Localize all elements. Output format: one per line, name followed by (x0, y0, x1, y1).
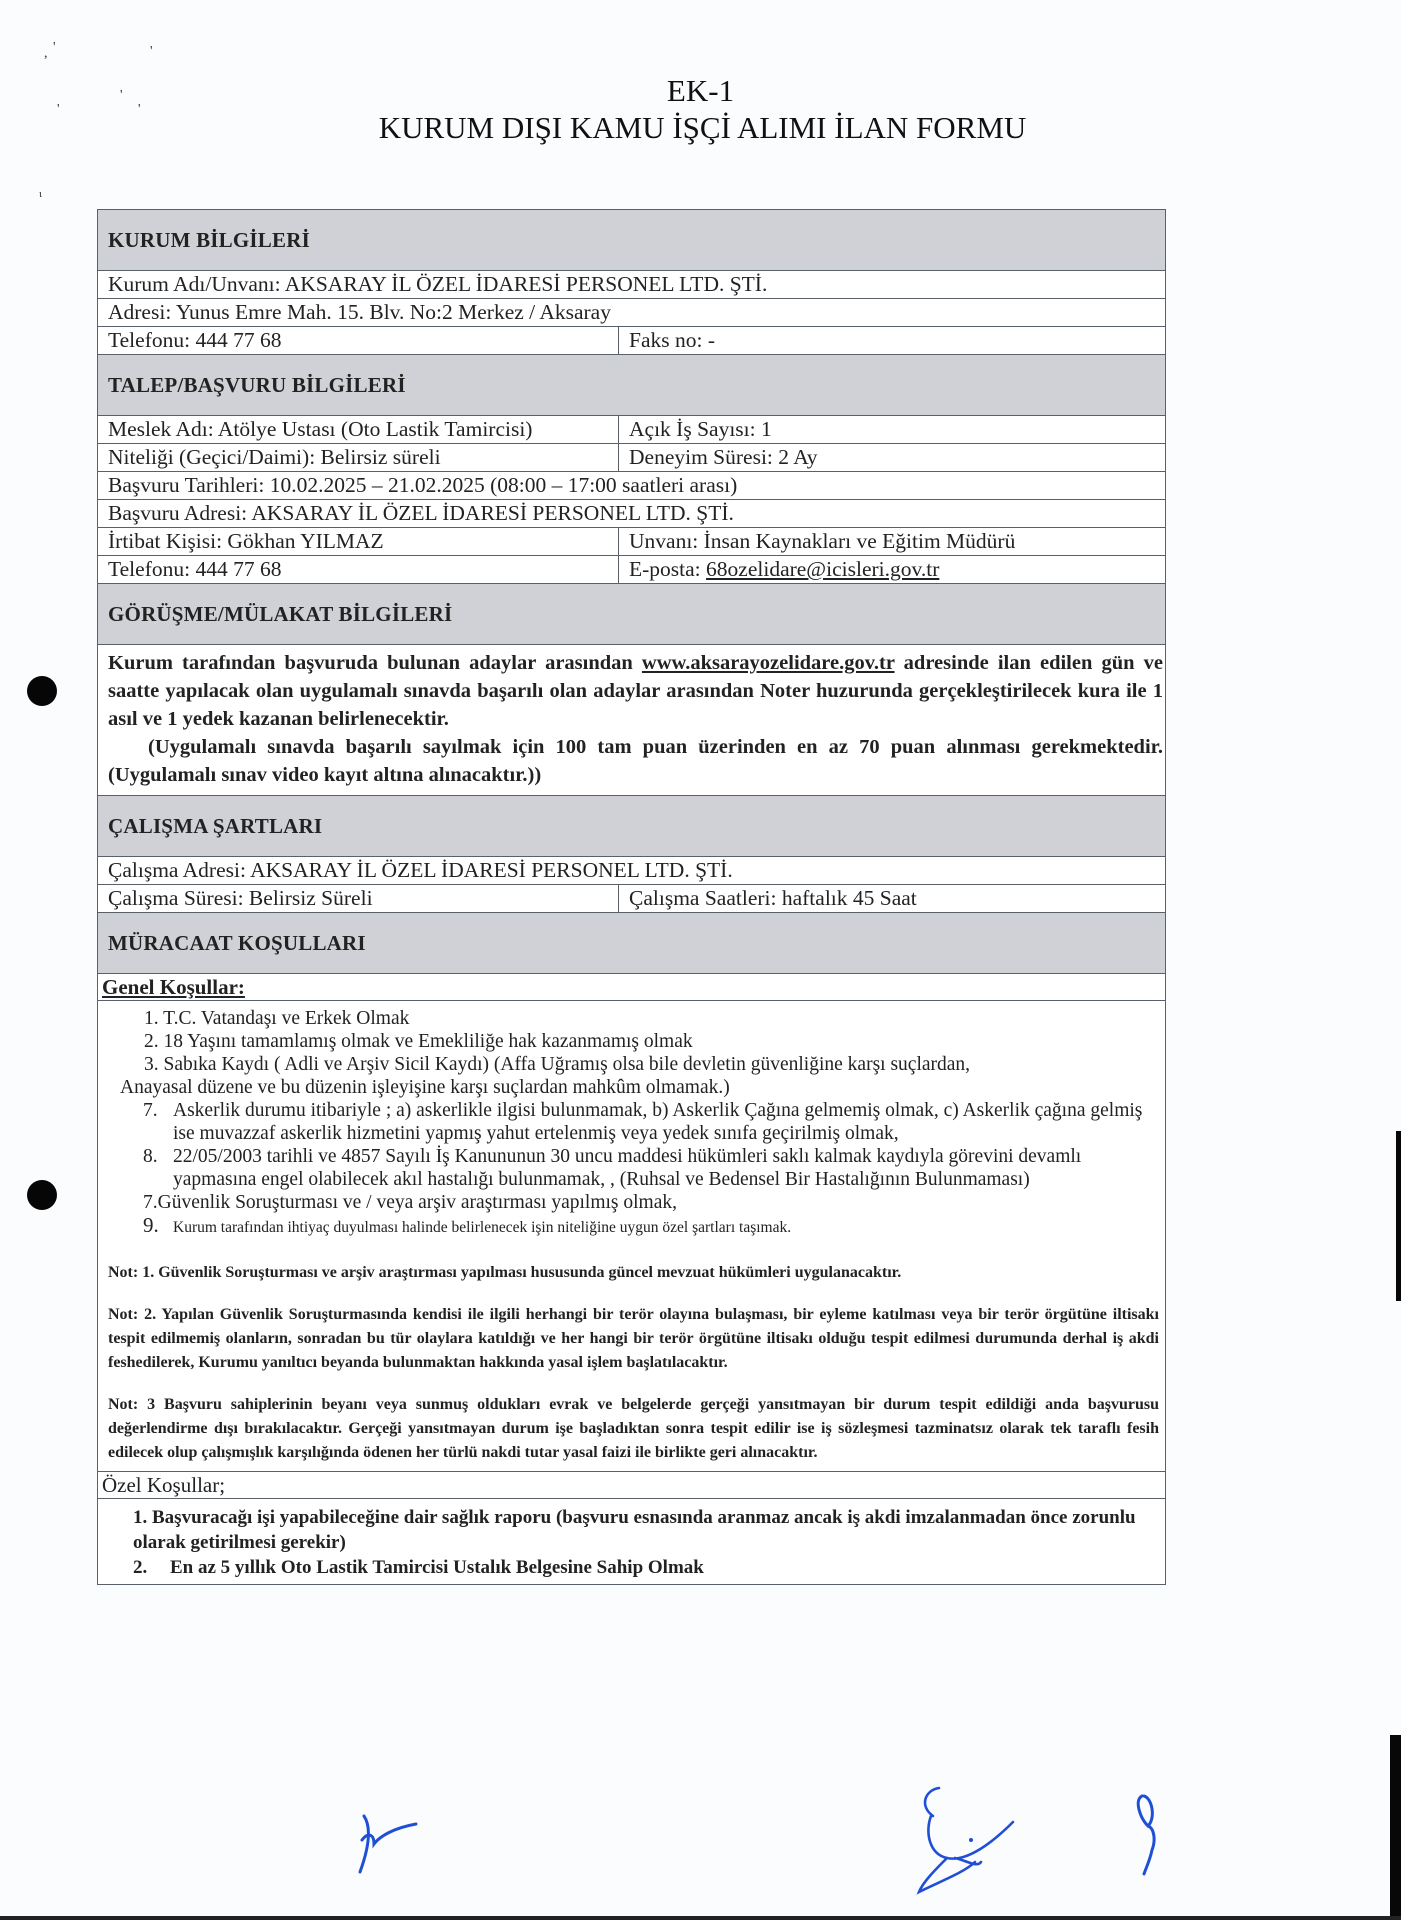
scan-speck: ' (53, 40, 56, 56)
condition-item: 3. Sabıka Kaydı ( Adli ve Arşiv Sicil Ka… (108, 1053, 1159, 1076)
work-duration: Çalışma Süresi: Belirsiz Süreli (98, 885, 619, 913)
email-label: E-posta: (629, 557, 706, 581)
general-conditions: 1. T.C. Vatandaşı ve Erkek Olmak 2. 18 Y… (98, 1001, 1166, 1472)
institution-fax: Faks no: - (619, 327, 1166, 355)
scan-edge-bar (0, 1916, 1401, 1920)
condition-item-cont: Anayasal düzene ve bu düzenin işleyişine… (108, 1076, 1159, 1099)
section-gorusme: GÖRÜŞME/MÜLAKAT BİLGİLERİ (98, 584, 1166, 645)
special-conditions-title: Özel Koşullar; (98, 1472, 1166, 1499)
application-dates: Başvuru Tarihleri: 10.02.2025 – 21.02.20… (98, 472, 1166, 500)
section-kurum: KURUM BİLGİLERİ (98, 210, 1166, 271)
open-positions: Açık İş Sayısı: 1 (619, 416, 1166, 444)
signature-paraph (1130, 1790, 1180, 1880)
work-hours: Çalışma Saatleri: haftalık 45 Saat (619, 885, 1166, 913)
institution-phone: Telefonu: 444 77 68 (98, 327, 619, 355)
condition-item: 1. T.C. Vatandaşı ve Erkek Olmak (108, 1007, 1159, 1030)
scan-edge-bar (1390, 1735, 1401, 1920)
announcement-form: KURUM BİLGİLERİ Kurum Adı/Unvanı: AKSARA… (97, 209, 1166, 1585)
annex-label: EK-1 (0, 73, 1401, 109)
section-title: ÇALIŞMA ŞARTLARI (98, 796, 1166, 857)
contact-email-cell: E-posta: 68ozelidare@icisleri.gov.tr (619, 556, 1166, 584)
scan-speck: , (44, 46, 48, 62)
contact-title: Unvanı: İnsan Kaynakları ve Eğitim Müdür… (619, 528, 1166, 556)
condition-item: 7.Güvenlik Soruşturması ve / veya arşiv … (108, 1191, 1159, 1214)
punch-hole (27, 1180, 57, 1210)
scan-speck: ' (150, 44, 153, 60)
contact-person: İrtibat Kişisi: Gökhan YILMAZ (98, 528, 619, 556)
section-title: TALEP/BAŞVURU BİLGİLERİ (98, 355, 1166, 416)
scan-edge-bar (1396, 1131, 1401, 1301)
condition-item: 2. 18 Yaşını tamamlamış olmak ve Emeklil… (108, 1030, 1159, 1053)
work-address: Çalışma Adresi: AKSARAY İL ÖZEL İDARESİ … (98, 857, 1166, 885)
general-conditions-title: Genel Koşullar: (102, 975, 245, 999)
section-muracaat: MÜRACAAT KOŞULLARI (98, 913, 1166, 974)
condition-item: 9.Kurum tarafından ihtiyaç duyulması hal… (108, 1214, 1159, 1239)
condition-item: 8.22/05/2003 tarihli ve 4857 Sayılı İş K… (108, 1145, 1159, 1191)
application-address: Başvuru Adresi: AKSARAY İL ÖZEL İDARESİ … (98, 500, 1166, 528)
section-title: MÜRACAAT KOŞULLARI (98, 913, 1166, 974)
institution-name: Kurum Adı/Unvanı: AKSARAY İL ÖZEL İDARES… (98, 271, 1166, 299)
special-conditions: 1. Başvuracağı işi yapabileceğine dair s… (98, 1499, 1166, 1585)
special-condition-item: 2.En az 5 yıllık Oto Lastik Tamircisi Us… (133, 1555, 1159, 1580)
website-link[interactable]: www.aksarayozelidare.gov.tr (642, 652, 895, 674)
section-talep: TALEP/BAŞVURU BİLGİLERİ (98, 355, 1166, 416)
special-condition-item: 1. Başvuracağı işi yapabileceğine dair s… (133, 1505, 1159, 1555)
scan-speck: ι (39, 188, 42, 200)
institution-address: Adresi: Yunus Emre Mah. 15. Blv. No:2 Me… (98, 299, 1166, 327)
section-title: GÖRÜŞME/MÜLAKAT BİLGİLERİ (98, 584, 1166, 645)
signature-initials (350, 1810, 430, 1880)
section-calisma: ÇALIŞMA ŞARTLARI (98, 796, 1166, 857)
section-title: KURUM BİLGİLERİ (98, 210, 1166, 271)
experience-duration: Deneyim Süresi: 2 Ay (619, 444, 1166, 472)
page-title: KURUM DIŞI KAMU İŞÇİ ALIMI İLAN FORMU (2, 110, 1401, 146)
email-link[interactable]: 68ozelidare@icisleri.gov.tr (706, 557, 939, 581)
interview-note: (Uygulamalı sınavda başarılı sayılmak iç… (108, 733, 1163, 789)
note-3: Not: 3 Başvuru sahiplerinin beyanı veya … (108, 1393, 1159, 1465)
employment-nature: Niteliği (Geçici/Daimi): Belirsiz süreli (98, 444, 619, 472)
signature-main (895, 1782, 1045, 1902)
interview-info: Kurum tarafından başvuruda bulunan adayl… (98, 645, 1166, 796)
note-1: Not: 1. Güvenlik Soruşturması ve arşiv a… (108, 1261, 1159, 1285)
note-2: Not: 2. Yapılan Güvenlik Soruşturmasında… (108, 1303, 1159, 1375)
condition-item: 7.Askerlik durumu itibariyle ; a) askerl… (108, 1099, 1159, 1145)
punch-hole (27, 676, 57, 706)
contact-phone: Telefonu: 444 77 68 (98, 556, 619, 584)
profession: Meslek Adı: Atölye Ustası (Oto Lastik Ta… (98, 416, 619, 444)
